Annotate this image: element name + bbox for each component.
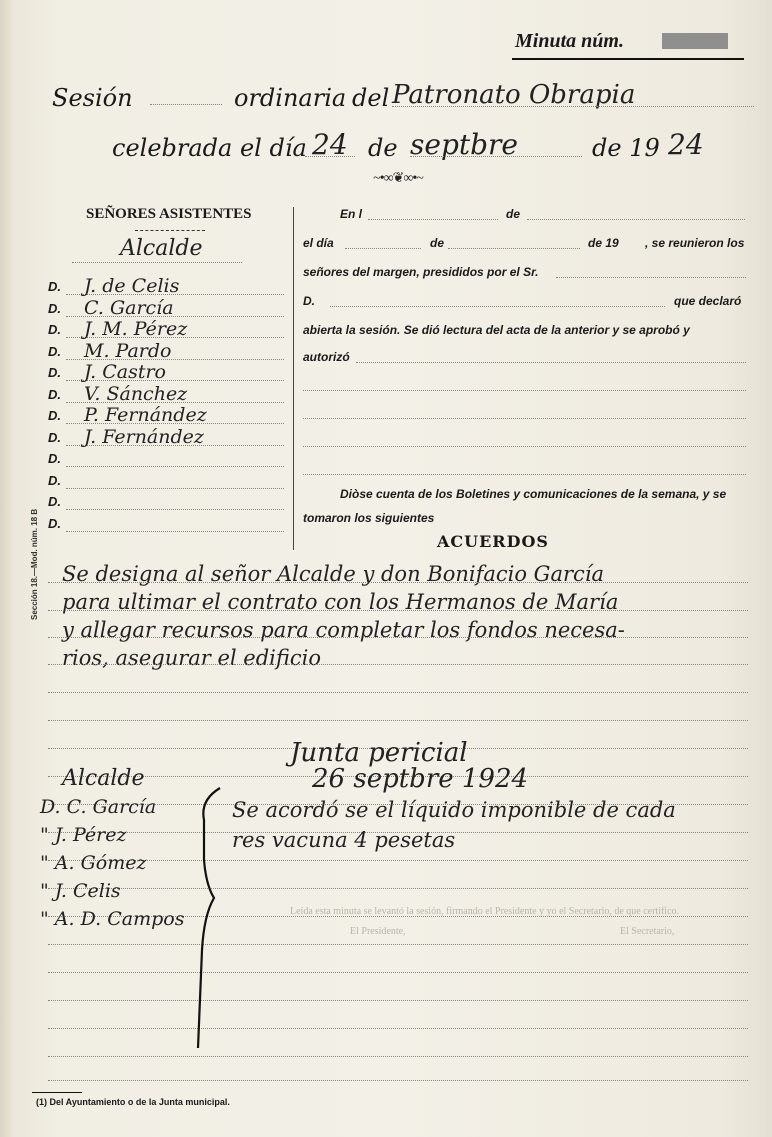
sesion-label: Sesión <box>52 84 133 112</box>
attendees-title-rule <box>135 230 205 231</box>
boletines-line1: Diòse cuenta de los Boletines y comunica… <box>340 487 726 501</box>
form-blank <box>303 474 746 475</box>
attendee-line <box>66 488 284 489</box>
minuta-rule <box>512 58 744 60</box>
form-year-label: de 19 <box>588 236 619 250</box>
ruled-line <box>48 637 748 638</box>
attendee-d-prefix: D. <box>48 344 61 359</box>
form-autorizo: autorizó <box>303 350 350 364</box>
form-line5: abierta la sesión. Se dió lectura del ac… <box>303 323 690 337</box>
form-blank <box>556 277 746 278</box>
acuerdo-line: y allegar recursos para completar los fo… <box>62 618 625 642</box>
attendee-name: J. de Celis <box>84 275 179 297</box>
form-blank <box>345 248 421 249</box>
sesion-type: ordinaria <box>234 84 346 112</box>
minuta-label: Minuta núm. <box>515 30 624 53</box>
ruled-line <box>48 664 748 665</box>
attendee-d-prefix: D. <box>48 387 61 402</box>
junta-text-line: Se acordó se el líquido imponible de cad… <box>232 798 676 822</box>
form-dia-label: el día <box>303 236 334 250</box>
form-blank <box>368 219 498 220</box>
attendee-d-prefix: D. <box>48 430 61 445</box>
form-blank <box>303 446 746 447</box>
attendee-name: J. M. Pérez <box>84 318 187 340</box>
junta-attendee: " J. Pérez <box>40 824 127 846</box>
sidebar-print: Sección 18.—Mod. núm. 18 B <box>30 509 39 620</box>
junta-attendee: " A. Gómez <box>40 852 146 874</box>
attendee-name: M. Pardo <box>84 340 171 362</box>
ruled-line <box>48 610 748 611</box>
ruled-line <box>48 944 748 945</box>
junta-text-line: res vacuna 4 pesetas <box>232 828 455 852</box>
acuerdo-line: rios, asegurar el edificio <box>62 646 321 670</box>
acuerdos-title: ACUERDOS <box>437 532 549 551</box>
attendee-line <box>66 531 284 532</box>
attendee-d-prefix: D. <box>48 322 61 337</box>
attendee-d-prefix: D. <box>48 473 61 488</box>
form-declaro: que declaró <box>674 294 741 308</box>
junta-date: 26 septbre 1924 <box>312 764 528 794</box>
column-divider <box>293 207 294 550</box>
ruled-line <box>48 582 748 583</box>
ruled-line <box>48 1080 748 1081</box>
form-line3: señores del margen, presididos por el Sr… <box>303 265 538 279</box>
footnote-rule <box>32 1092 82 1093</box>
form-blank <box>527 219 745 220</box>
attendee-name: P. Fernández <box>84 404 207 426</box>
attendee-d-prefix: D. <box>48 408 61 423</box>
ruled-line <box>48 1000 748 1001</box>
attendee-d-prefix: D. <box>48 365 61 380</box>
form-de-label-2: de <box>430 236 444 250</box>
form-en-label: En l <box>340 207 362 221</box>
de-label-1: de <box>368 134 398 162</box>
form-blank <box>303 418 746 419</box>
attendees-head-line <box>72 262 242 263</box>
junta-attendee: Alcalde <box>62 766 145 791</box>
ruled-line <box>48 720 748 721</box>
month-line <box>410 156 582 157</box>
attendee-d-prefix: D. <box>48 494 61 509</box>
ruled-line <box>48 888 748 889</box>
ruled-line <box>48 692 748 693</box>
attendee-name: J. Fernández <box>84 426 204 448</box>
form-blank <box>448 248 580 249</box>
ruled-line <box>48 1056 748 1057</box>
footnote: (1) Del Ayuntamiento o de la Junta munic… <box>36 1097 230 1107</box>
ornament-divider: ~•∞❦∞•~ <box>318 170 478 187</box>
junta-attendee: " J. Celis <box>40 880 121 902</box>
attendee-name: J. Castro <box>84 361 166 383</box>
ghost-print-secretario: El Secretario, <box>620 926 674 937</box>
form-de-label: de <box>506 207 520 221</box>
attendee-name: C. García <box>84 297 174 319</box>
attendee-line <box>66 466 284 467</box>
ruled-line <box>48 972 748 973</box>
attendee-d-prefix: D. <box>48 451 61 466</box>
year-handwritten: 24 <box>668 128 704 161</box>
form-reunieron: , se reunieron los <box>645 236 744 250</box>
de-year-label: de 19 <box>592 134 660 162</box>
celebrada-label: celebrada el día <box>112 134 307 162</box>
attendee-name: V. Sánchez <box>84 383 187 405</box>
sesion-blank <box>150 104 222 105</box>
attendees-title: SEÑORES ASISTENTES <box>86 206 252 223</box>
ghost-print-line1: Leída esta minuta se levantó la sesión, … <box>290 906 679 917</box>
boletines-line2: tomaron los siguientes <box>303 511 434 525</box>
brace-bracket <box>190 780 230 1050</box>
del-label: del <box>352 84 389 112</box>
form-d-label: D. <box>303 294 315 308</box>
attendee-d-prefix: D. <box>48 301 61 316</box>
form-blank <box>303 390 746 391</box>
ruled-line <box>48 860 748 861</box>
form-blank <box>356 362 746 363</box>
ruled-line <box>48 1028 748 1029</box>
attendee-d-prefix: D. <box>48 516 61 531</box>
organismo-line <box>392 106 754 107</box>
junta-attendee: " A. D. Campos <box>40 908 184 930</box>
ghost-print-presidente: El Presidente, <box>350 926 406 937</box>
attendees-head: Alcalde <box>120 236 203 261</box>
attendee-line <box>66 509 284 510</box>
day-line <box>305 156 355 157</box>
minuta-number-box <box>662 33 728 49</box>
form-blank <box>330 306 665 307</box>
junta-attendee: D. C. García <box>40 796 156 818</box>
attendee-d-prefix: D. <box>48 279 61 294</box>
